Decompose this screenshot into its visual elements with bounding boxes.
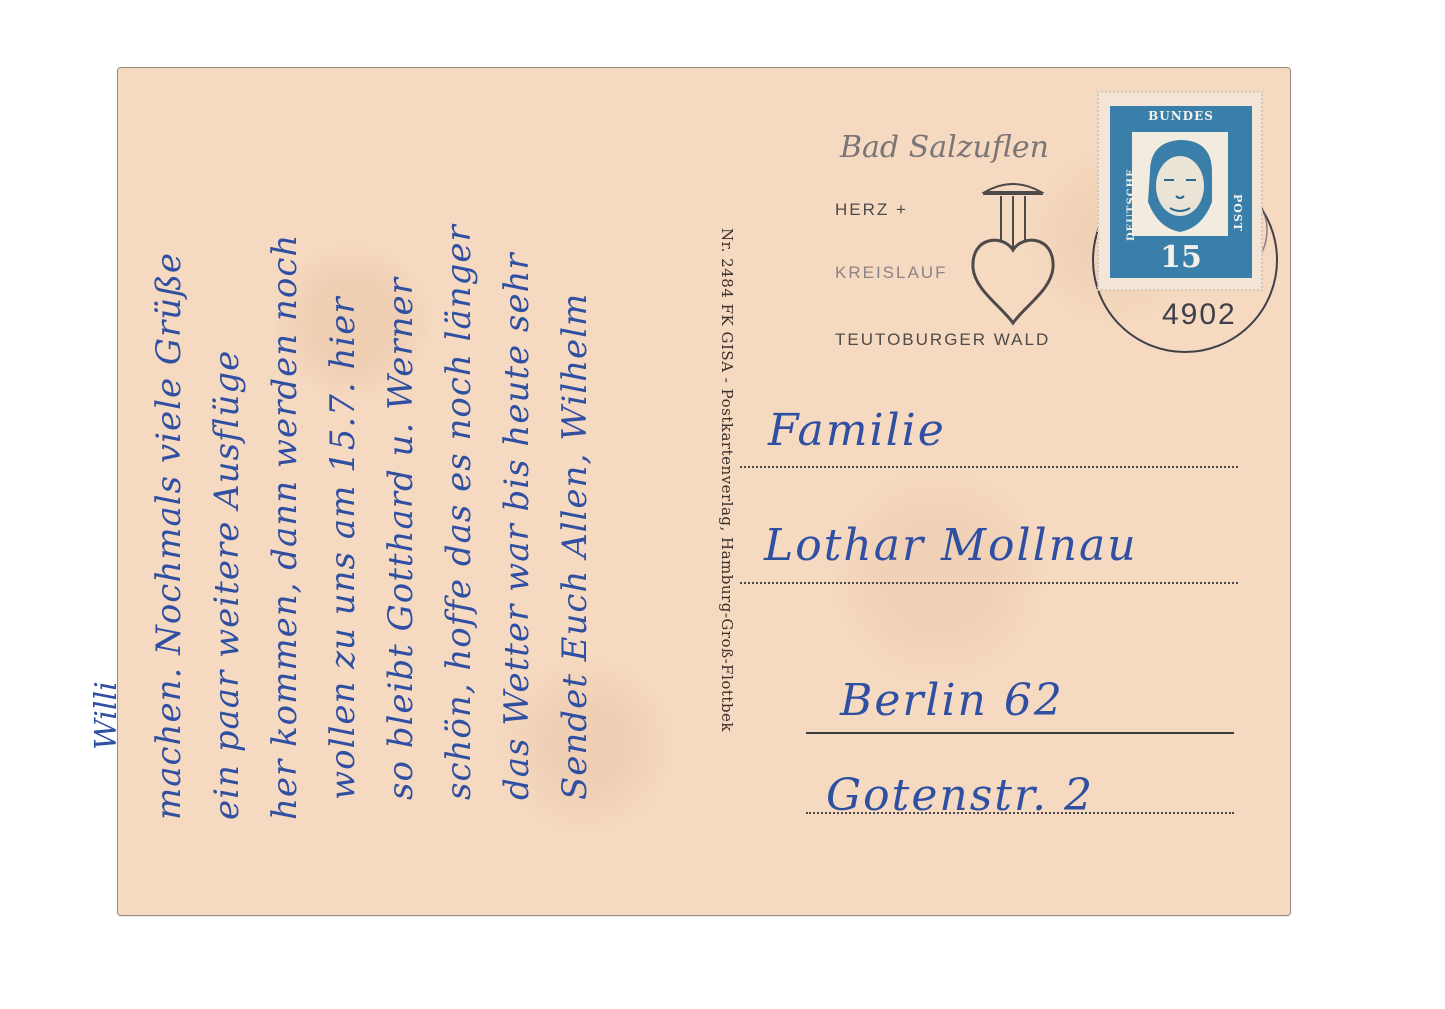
address-rule bbox=[740, 582, 1238, 584]
handwritten-message: Sendet Euch Allen, Wilhelm das Wetter wa… bbox=[125, 80, 605, 840]
cancel-line: HERZ + bbox=[835, 200, 908, 220]
stamp-left-text: DEUTSCHE bbox=[1126, 168, 1137, 241]
portrait-icon bbox=[1132, 132, 1228, 236]
message-line: machen. Nochmals viele Grüße bbox=[149, 252, 189, 820]
message-line: Sendet Euch Allen, Wilhelm bbox=[555, 293, 595, 800]
stamp-right-text: POST bbox=[1231, 194, 1244, 232]
postage-stamp: BUNDES DEUTSCHE POST 15 bbox=[1098, 92, 1262, 290]
address-rule bbox=[740, 466, 1238, 468]
cancel-line: KREISLAUF bbox=[835, 263, 947, 283]
message-line: schön, hoffe das es noch länger bbox=[439, 224, 479, 800]
address-line-3: Berlin 62 bbox=[840, 675, 1064, 726]
heart-with-columns-icon bbox=[963, 178, 1063, 328]
stamp-top-text: BUNDES bbox=[1110, 109, 1252, 123]
slogan-cancel: Bad Salzuflen HERZ + KREISLAUF TEUTOBURG… bbox=[835, 130, 1095, 360]
address-rule bbox=[806, 812, 1234, 814]
message-line: wollen zu uns am 15.7. hier bbox=[323, 296, 363, 800]
signature: Willi bbox=[89, 681, 124, 750]
publisher-imprint: Nr. 2484 FK GISA - Postkartenverlag, Ham… bbox=[718, 228, 736, 732]
address-line-2: Lothar Mollnau bbox=[764, 520, 1138, 571]
cancel-town: Bad Salzuflen bbox=[840, 130, 1049, 165]
message-line: das Wetter war bis heute sehr bbox=[497, 252, 537, 800]
message-line: ein paar weitere Ausflüge bbox=[207, 350, 247, 820]
postmark-code: 4902 bbox=[1162, 298, 1237, 332]
address-rule bbox=[806, 732, 1234, 734]
message-line: her kommen, dann werden noch bbox=[265, 234, 305, 820]
message-line: so bleibt Gotthard u. Werner bbox=[381, 277, 421, 800]
address-line-1: Familie bbox=[768, 405, 946, 456]
cancel-line: TEUTOBURGER WALD bbox=[835, 330, 1050, 350]
stamp-value: 15 bbox=[1110, 240, 1252, 275]
